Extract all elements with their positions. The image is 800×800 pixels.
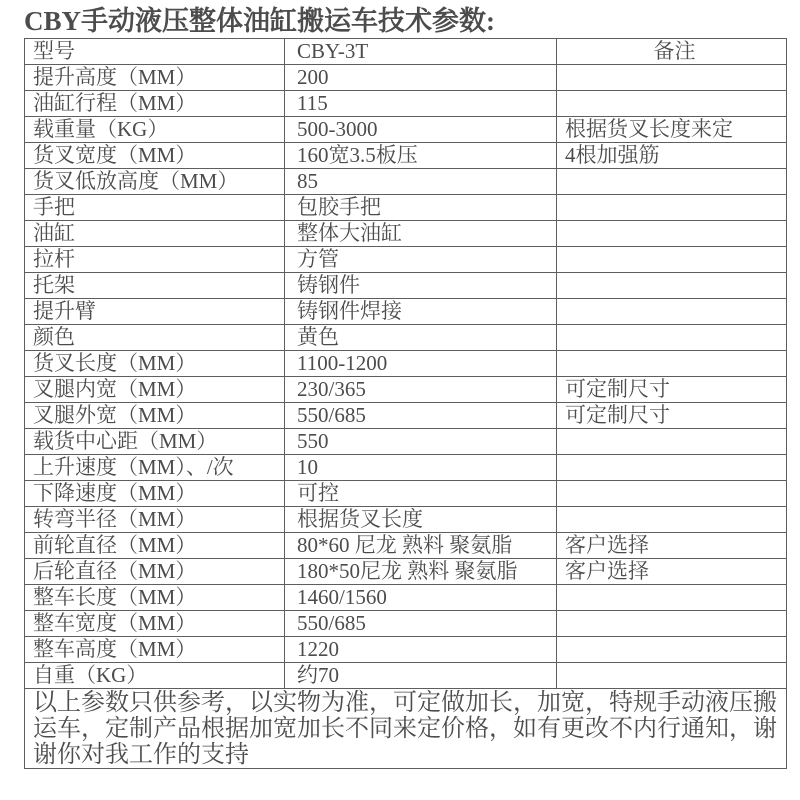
table-row: 手把包胶手把 bbox=[25, 195, 787, 221]
spec-note-cell bbox=[557, 91, 787, 117]
spec-label-cell: 载重量（KG） bbox=[25, 117, 285, 143]
spec-label-cell: 上升速度（MM）、/次 bbox=[25, 455, 285, 481]
spec-value-cell: 1460/1560 bbox=[285, 585, 557, 611]
table-row: 下降速度（MM）可控 bbox=[25, 481, 787, 507]
spec-value-cell: 550 bbox=[285, 429, 557, 455]
spec-label-cell: 叉腿内宽（MM） bbox=[25, 377, 285, 403]
spec-note-cell bbox=[557, 481, 787, 507]
table-row: 货叉低放高度（MM）85 bbox=[25, 169, 787, 195]
spec-value-cell: 230/365 bbox=[285, 377, 557, 403]
spec-value-cell: 10 bbox=[285, 455, 557, 481]
spec-label-cell: 拉杆 bbox=[25, 247, 285, 273]
spec-note-cell bbox=[557, 585, 787, 611]
spec-label-cell: 货叉低放高度（MM） bbox=[25, 169, 285, 195]
spec-label-cell: 载货中心距（MM） bbox=[25, 429, 285, 455]
spec-note-cell: 根据货叉长度来定 bbox=[557, 117, 787, 143]
spec-note-cell bbox=[557, 221, 787, 247]
spec-value-cell: 550/685 bbox=[285, 403, 557, 429]
spec-label-cell: 货叉宽度（MM） bbox=[25, 143, 285, 169]
spec-table-body: 提升高度（MM）200油缸行程（MM）115载重量（KG）500-3000根据货… bbox=[25, 65, 787, 689]
page-title: CBY手动液压整体油缸搬运车技术参数: bbox=[24, 5, 800, 38]
footer-row: 以上参数只供参考，以实物为准，可定做加长，加宽，特规手动液压搬运车，定制产品根据… bbox=[25, 689, 787, 769]
spec-label-cell: 整车宽度（MM） bbox=[25, 611, 285, 637]
table-row: 叉腿外宽（MM）550/685可定制尺寸 bbox=[25, 403, 787, 429]
spec-value-cell: 80*60 尼龙 熟料 聚氨脂 bbox=[285, 533, 557, 559]
spec-value-cell: 1220 bbox=[285, 637, 557, 663]
table-row: 托架铸钢件 bbox=[25, 273, 787, 299]
spec-note-cell bbox=[557, 455, 787, 481]
spec-value-cell: 1100-1200 bbox=[285, 351, 557, 377]
spec-label-cell: 提升高度（MM） bbox=[25, 65, 285, 91]
spec-value-cell: 180*50尼龙 熟料 聚氨脂 bbox=[285, 559, 557, 585]
spec-label-cell: 叉腿外宽（MM） bbox=[25, 403, 285, 429]
spec-label-cell: 手把 bbox=[25, 195, 285, 221]
table-row: 提升高度（MM）200 bbox=[25, 65, 787, 91]
table-row: 提升臂铸钢件焊接 bbox=[25, 299, 787, 325]
spec-note-cell bbox=[557, 663, 787, 689]
spec-label-cell: 前轮直径（MM） bbox=[25, 533, 285, 559]
spec-label-cell: 油缸 bbox=[25, 221, 285, 247]
table-row: 载货中心距（MM）550 bbox=[25, 429, 787, 455]
spec-value-cell: 可控 bbox=[285, 481, 557, 507]
table-row: 货叉宽度（MM）160宽3.5板压4根加强筋 bbox=[25, 143, 787, 169]
spec-value-cell: 115 bbox=[285, 91, 557, 117]
spec-value-cell: 铸钢件焊接 bbox=[285, 299, 557, 325]
spec-value-cell: 黄色 bbox=[285, 325, 557, 351]
spec-value-cell: 550/685 bbox=[285, 611, 557, 637]
spec-note-cell bbox=[557, 325, 787, 351]
table-row: 油缸整体大油缸 bbox=[25, 221, 787, 247]
spec-label-cell: 提升臂 bbox=[25, 299, 285, 325]
spec-note-cell bbox=[557, 637, 787, 663]
table-row: 上升速度（MM）、/次10 bbox=[25, 455, 787, 481]
table-row: 整车宽度（MM）550/685 bbox=[25, 611, 787, 637]
spec-value-cell: 根据货叉长度 bbox=[285, 507, 557, 533]
spec-label-cell: 货叉长度（MM） bbox=[25, 351, 285, 377]
header-notes: 备注 bbox=[557, 39, 787, 65]
spec-note-cell bbox=[557, 611, 787, 637]
table-row: 油缸行程（MM）115 bbox=[25, 91, 787, 117]
spec-note-cell: 可定制尺寸 bbox=[557, 377, 787, 403]
table-row: 颜色黄色 bbox=[25, 325, 787, 351]
header-row: 型号 CBY-3T 备注 bbox=[25, 39, 787, 65]
spec-value-cell: 方管 bbox=[285, 247, 557, 273]
spec-note-cell bbox=[557, 247, 787, 273]
spec-value-cell: 整体大油缸 bbox=[285, 221, 557, 247]
table-row: 拉杆方管 bbox=[25, 247, 787, 273]
table-row: 后轮直径（MM）180*50尼龙 熟料 聚氨脂客户选择 bbox=[25, 559, 787, 585]
spec-table: 型号 CBY-3T 备注 提升高度（MM）200油缸行程（MM）115载重量（K… bbox=[24, 38, 787, 769]
spec-label-cell: 自重（KG） bbox=[25, 663, 285, 689]
spec-note-cell bbox=[557, 195, 787, 221]
spec-note-cell: 4根加强筋 bbox=[557, 143, 787, 169]
spec-label-cell: 颜色 bbox=[25, 325, 285, 351]
table-row: 货叉长度（MM）1100-1200 bbox=[25, 351, 787, 377]
spec-value-cell: 500-3000 bbox=[285, 117, 557, 143]
spec-label-cell: 油缸行程（MM） bbox=[25, 91, 285, 117]
spec-value-cell: 约70 bbox=[285, 663, 557, 689]
spec-note-cell: 客户选择 bbox=[557, 533, 787, 559]
table-row: 前轮直径（MM）80*60 尼龙 熟料 聚氨脂客户选择 bbox=[25, 533, 787, 559]
spec-note-cell bbox=[557, 507, 787, 533]
table-row: 整车高度（MM）1220 bbox=[25, 637, 787, 663]
spec-value-cell: 铸钢件 bbox=[285, 273, 557, 299]
spec-sheet: CBY手动液压整体油缸搬运车技术参数: 型号 CBY-3T 备注 提升高度（MM… bbox=[0, 0, 800, 769]
header-model: 型号 bbox=[25, 39, 285, 65]
spec-label-cell: 下降速度（MM） bbox=[25, 481, 285, 507]
spec-note-cell bbox=[557, 65, 787, 91]
table-row: 载重量（KG）500-3000根据货叉长度来定 bbox=[25, 117, 787, 143]
spec-note-cell bbox=[557, 429, 787, 455]
spec-note-cell: 可定制尺寸 bbox=[557, 403, 787, 429]
table-row: 自重（KG）约70 bbox=[25, 663, 787, 689]
table-row: 整车长度（MM）1460/1560 bbox=[25, 585, 787, 611]
spec-value-cell: 200 bbox=[285, 65, 557, 91]
table-row: 叉腿内宽（MM）230/365可定制尺寸 bbox=[25, 377, 787, 403]
spec-value-cell: 包胶手把 bbox=[285, 195, 557, 221]
spec-label-cell: 转弯半径（MM） bbox=[25, 507, 285, 533]
spec-label-cell: 整车高度（MM） bbox=[25, 637, 285, 663]
spec-value-cell: 160宽3.5板压 bbox=[285, 143, 557, 169]
table-row: 转弯半径（MM）根据货叉长度 bbox=[25, 507, 787, 533]
spec-value-cell: 85 bbox=[285, 169, 557, 195]
spec-label-cell: 后轮直径（MM） bbox=[25, 559, 285, 585]
footer-note: 以上参数只供参考，以实物为准，可定做加长，加宽，特规手动液压搬运车，定制产品根据… bbox=[25, 689, 787, 769]
spec-note-cell: 客户选择 bbox=[557, 559, 787, 585]
spec-note-cell bbox=[557, 351, 787, 377]
header-model-number: CBY-3T bbox=[285, 39, 557, 65]
spec-label-cell: 托架 bbox=[25, 273, 285, 299]
spec-label-cell: 整车长度（MM） bbox=[25, 585, 285, 611]
spec-note-cell bbox=[557, 169, 787, 195]
spec-note-cell bbox=[557, 273, 787, 299]
spec-note-cell bbox=[557, 299, 787, 325]
